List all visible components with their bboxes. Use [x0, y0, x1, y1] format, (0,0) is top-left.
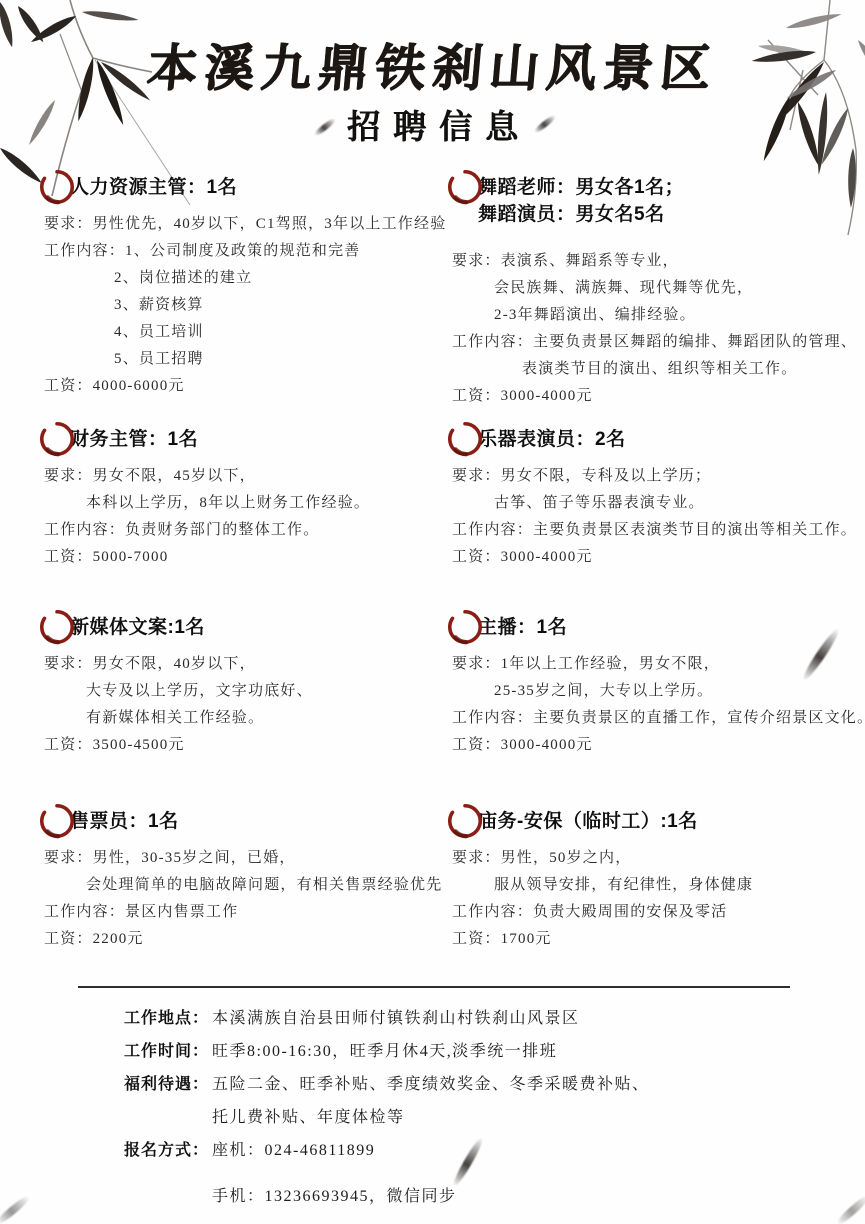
job-line: 本科以上学历，8年以上财务工作经验。 [44, 490, 452, 517]
job-card-temple-security: 庙务-安保（临时工）:1名 要求：男性，50岁之内， 服从领导安排，有纪律性，身… [452, 808, 860, 953]
job-line: 要求：男性，50岁之内， [452, 845, 860, 872]
job-line: 25-35岁之间，大专以上学历。 [452, 678, 860, 705]
footer-label [124, 1180, 212, 1213]
footer-value: 本溪满族自治县田师付镇铁刹山村铁刹山风景区 [212, 1002, 580, 1035]
footer-divider [78, 986, 790, 988]
recruitment-poster-page: 本溪九鼎铁刹山风景区 招聘信息 人力资源主管：1名 要求：男性优先，40岁以下，… [0, 0, 865, 1224]
footer-value: 旺季8:00-16:30，旺季月休4天,淡季统一排班 [212, 1035, 557, 1068]
job-line: 工资：3000-4000元 [452, 544, 860, 571]
job-line: 工资：1700元 [452, 926, 860, 953]
job-line: 大专及以上学历，文字功底好、 [44, 678, 452, 705]
footer-label: 报名方式： [124, 1134, 212, 1167]
footer-value: 五险二金、旺季补贴、季度绩效奖金、冬季采暖费补贴、 [212, 1068, 650, 1101]
job-line: 会民族舞、满族舞、现代舞等优先， [452, 275, 860, 302]
page-title: 本溪九鼎铁刹山风景区 [0, 28, 865, 100]
job-title: 新媒体文案:1名 [70, 614, 452, 641]
job-line: 要求：男性优先，40岁以下，C1驾照，3年以上工作经验 [44, 211, 452, 238]
job-line: 2-3年舞蹈演出、编排经验。 [452, 302, 860, 329]
brush-circle-icon [36, 606, 78, 648]
footer-value: 座机：024-46811899 [212, 1134, 375, 1167]
job-title: 主播：1名 [478, 614, 860, 641]
footer-info: 工作地点： 本溪满族自治县田师付镇铁刹山村铁刹山风景区 工作时间： 旺季8:00… [124, 1002, 650, 1213]
brush-circle-icon [36, 800, 78, 842]
job-line: 有新媒体相关工作经验。 [44, 705, 452, 732]
job-line: 表演类节目的演出、组织等相关工作。 [452, 356, 860, 383]
footer-line-benefits-cont: 托儿费补贴、年度体检等 [124, 1101, 650, 1134]
job-line: 要求：1年以上工作经验，男女不限， [452, 651, 860, 678]
footer-line-apply-landline: 报名方式： 座机：024-46811899 [124, 1134, 650, 1167]
job-title: 庙务-安保（临时工）:1名 [478, 808, 860, 835]
job-card-anchor: 主播：1名 要求：1年以上工作经验，男女不限， 25-35岁之间，大专以上学历。… [452, 614, 860, 759]
job-line: 服从领导安排，有纪律性，身体健康 [452, 872, 860, 899]
brush-circle-icon [444, 800, 486, 842]
job-line: 工作内容：负责财务部门的整体工作。 [44, 517, 452, 544]
job-line: 工资：4000-6000元 [44, 373, 452, 400]
job-line: 工作内容：主要负责景区的直播工作，宣传介绍景区文化。 [452, 705, 860, 732]
job-title: 人力资源主管：1名 [70, 174, 452, 201]
job-line: 要求：男性，30-35岁之间，已婚， [44, 845, 452, 872]
job-line: 要求：男女不限，45岁以下， [44, 463, 452, 490]
job-card-instrument-performer: 乐器表演员：2名 要求：男女不限，专科及以上学历； 古筝、笛子等乐器表演专业。 … [452, 426, 860, 571]
job-line: 3、薪资核算 [44, 292, 452, 319]
job-line: 4、员工培训 [44, 319, 452, 346]
brush-circle-icon [444, 606, 486, 648]
job-title: 舞蹈老师：男女各1名； [478, 174, 860, 201]
job-card-ticket-seller: 售票员：1名 要求：男性，30-35岁之间，已婚， 会处理简单的电脑故障问题，有… [44, 808, 452, 953]
brush-circle-icon [36, 418, 78, 460]
job-title: 舞蹈演员：男女名5名 [478, 201, 860, 228]
job-card-hr-supervisor: 人力资源主管：1名 要求：男性优先，40岁以下，C1驾照，3年以上工作经验 工作… [44, 174, 452, 400]
job-line: 工作内容：负责大殿周围的安保及零活 [452, 899, 860, 926]
footer-line-work-location: 工作地点： 本溪满族自治县田师付镇铁刹山村铁刹山风景区 [124, 1002, 650, 1035]
brush-circle-icon [444, 166, 486, 208]
job-line: 要求：表演系、舞蹈系等专业， [452, 248, 860, 275]
job-line: 会处理简单的电脑故障问题，有相关售票经验优先 [44, 872, 452, 899]
footer-label [124, 1101, 212, 1134]
job-line: 工资：3500-4500元 [44, 732, 452, 759]
ink-dash-icon [0, 1193, 32, 1224]
footer-line-benefits: 福利待遇： 五险二金、旺季补贴、季度绩效奖金、冬季采暖费补贴、 [124, 1068, 650, 1101]
job-line: 工资：2200元 [44, 926, 452, 953]
job-line: 要求：男女不限，40岁以下， [44, 651, 452, 678]
job-card-dance-teacher: 舞蹈老师：男女各1名； 舞蹈演员：男女名5名 要求：表演系、舞蹈系等专业， 会民… [452, 174, 860, 410]
job-title: 乐器表演员：2名 [478, 426, 860, 453]
footer-label: 福利待遇： [124, 1068, 212, 1101]
footer-value: 托儿费补贴、年度体检等 [212, 1101, 405, 1134]
job-line: 工作内容：主要负责景区表演类节目的演出等相关工作。 [452, 517, 860, 544]
job-card-finance-supervisor: 财务主管：1名 要求：男女不限，45岁以下， 本科以上学历，8年以上财务工作经验… [44, 426, 452, 571]
job-line: 工作内容：1、公司制度及政策的规范和完善 [44, 238, 452, 265]
ink-dash-icon [835, 1193, 865, 1224]
job-line: 古筝、笛子等乐器表演专业。 [452, 490, 860, 517]
job-line: 工作内容：主要负责景区舞蹈的编排、舞蹈团队的管理、 [452, 329, 860, 356]
footer-label: 工作时间： [124, 1035, 212, 1068]
job-title: 财务主管：1名 [70, 426, 452, 453]
job-line: 5、员工招聘 [44, 346, 452, 373]
job-card-new-media-copywriter: 新媒体文案:1名 要求：男女不限，40岁以下， 大专及以上学历，文字功底好、 有… [44, 614, 452, 759]
job-line: 工作内容：景区内售票工作 [44, 899, 452, 926]
job-line: 工资：3000-4000元 [452, 383, 860, 410]
job-title: 售票员：1名 [70, 808, 452, 835]
page-subtitle: 招聘信息 [0, 101, 865, 148]
brush-circle-icon [36, 166, 78, 208]
footer-line-apply-mobile: 手机：13236693945，微信同步 [124, 1180, 650, 1213]
footer-value: 手机：13236693945，微信同步 [212, 1180, 457, 1213]
job-line: 工资：5000-7000 [44, 544, 452, 571]
job-line: 工资：3000-4000元 [452, 732, 860, 759]
job-line: 2、岗位描述的建立 [44, 265, 452, 292]
footer-label: 工作地点： [124, 1002, 212, 1035]
job-line: 要求：男女不限，专科及以上学历； [452, 463, 860, 490]
footer-line-work-hours: 工作时间： 旺季8:00-16:30，旺季月休4天,淡季统一排班 [124, 1035, 650, 1068]
brush-circle-icon [444, 418, 486, 460]
